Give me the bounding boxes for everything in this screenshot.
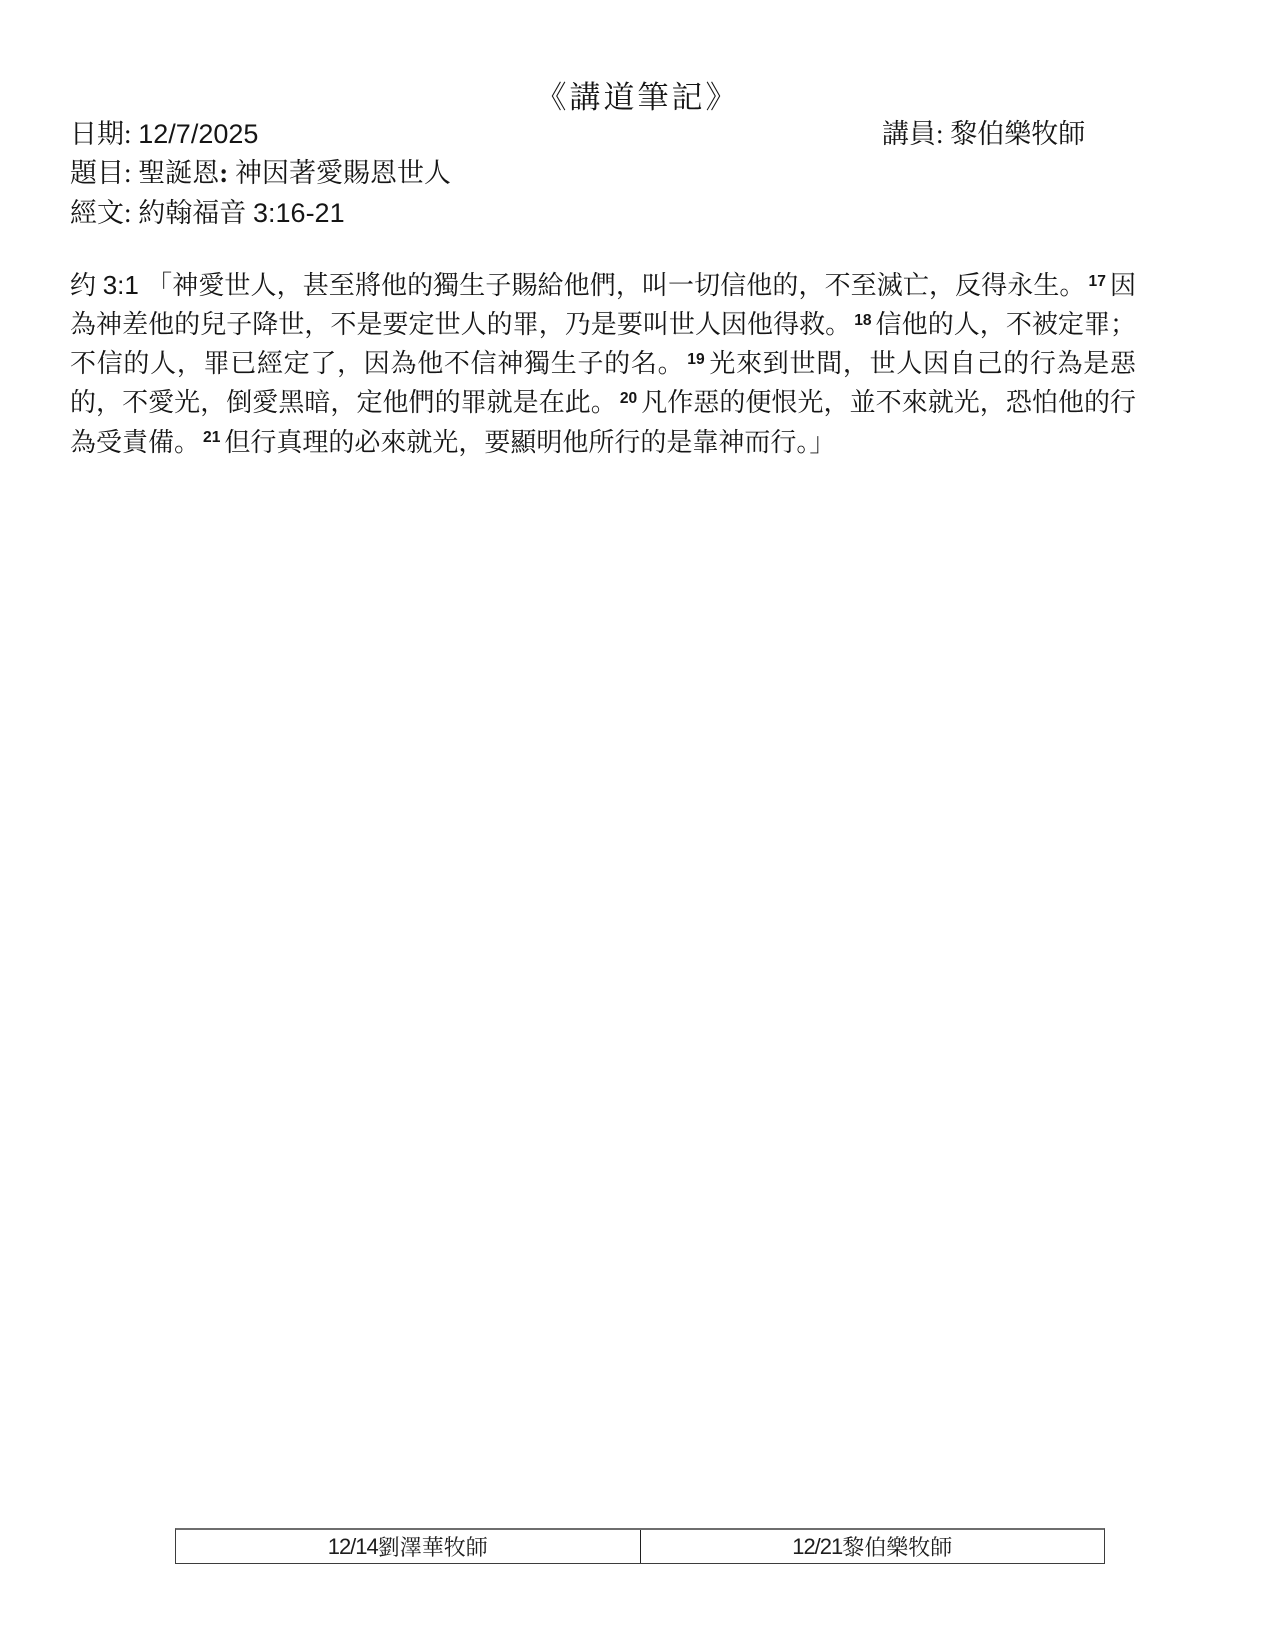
scripture-row: 經文: 約翰福音 3:16-21 [70, 196, 345, 230]
speaker-row: 講員: 黎伯樂牧師 [882, 117, 1085, 151]
schedule-name-2: 黎伯樂牧師 [842, 1531, 952, 1562]
schedule-cell-1214: 12/14 劉澤華牧師 [176, 1530, 640, 1563]
speaker-label: 講員: [882, 119, 950, 149]
passage-text-segment: 「神愛世人，甚至將他的獨生子賜給他們，叫一切信他的，不至滅亡，反得永生。 [146, 271, 1085, 300]
date-row: 日期: 12/7/2025 [70, 117, 258, 151]
topic-title: 聖誕恩 [138, 158, 219, 188]
topic-label: 題目: [70, 158, 138, 188]
verse-number: 19 [687, 351, 704, 368]
schedule-name-1: 劉澤華牧師 [378, 1531, 488, 1562]
speaker-value: 黎伯樂牧師 [950, 119, 1085, 149]
date-label: 日期: [70, 119, 138, 149]
verse-number: 17 [1089, 273, 1106, 290]
schedule-date-2: 12/21 [792, 1534, 842, 1560]
scripture-passage: 约 3:1 「神愛世人，甚至將他的獨生子賜給他們，叫一切信他的，不至滅亡，反得永… [70, 264, 1136, 460]
verse-number: 21 [203, 429, 220, 446]
schedule-cell-1221: 12/21 黎伯樂牧師 [640, 1530, 1105, 1563]
passage-text-segment: 但行真理的必來就光，要顯明他所行的是靠神而行。」 [224, 428, 835, 457]
sermon-notes-page: 《講道筆記》 日期: 12/7/2025 講員: 黎伯樂牧師 題目: 聖誕恩: … [0, 0, 1275, 1649]
topic-colon: : [219, 158, 228, 188]
scripture-label: 經文: [70, 198, 138, 228]
scripture-book: 約翰福音 [138, 198, 253, 228]
passage-body: 「神愛世人，甚至將他的獨生子賜給他們，叫一切信他的，不至滅亡，反得永生。17因為… [70, 271, 1136, 456]
schedule-date-1: 12/14 [328, 1534, 378, 1560]
topic-subtitle: 神因著愛賜恩世人 [228, 158, 451, 188]
date-value: 12/7/2025 [138, 119, 258, 149]
verse-number: 20 [620, 390, 637, 407]
verse-number: 18 [854, 312, 871, 329]
scripture-reference: 3:16-21 [253, 198, 345, 228]
preacher-schedule-table: 12/14 劉澤華牧師 12/21 黎伯樂牧師 [175, 1528, 1105, 1564]
passage-ref-book: 约 [70, 271, 103, 300]
topic-row: 題目: 聖誕恩: 神因著愛賜恩世人 [70, 156, 451, 190]
passage-ref-verse: 3:1 [103, 270, 146, 300]
page-title: 《講道筆記》 [0, 72, 1275, 117]
